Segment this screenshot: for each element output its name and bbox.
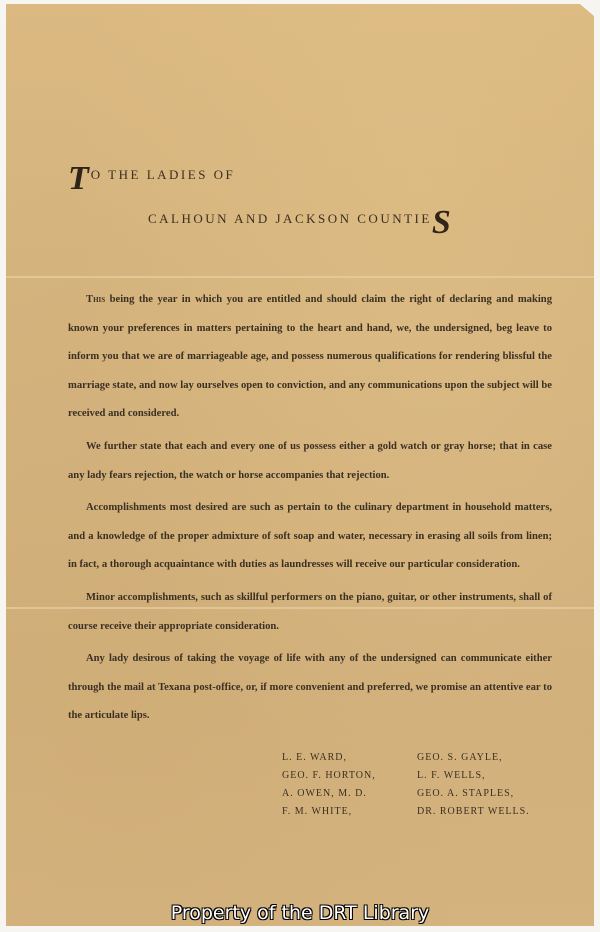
signature: DR. ROBERT WELLS. [417, 804, 557, 819]
paragraph-lead: This [86, 294, 105, 305]
letter-body: This being the year in which you are ent… [68, 286, 552, 735]
paragraph: Accomplishments most desired are such as… [68, 494, 552, 580]
signature: L. F. WELLS, [417, 768, 557, 783]
signature: L. E. WARD, [282, 750, 417, 765]
heading-text-2: CALHOUN AND JACKSON COUNTIE [148, 211, 432, 226]
signature: GEO. F. HORTON, [282, 768, 417, 783]
heading-text-1: O THE LADIES OF [91, 167, 236, 182]
signature: F. M. WHITE, [282, 804, 417, 819]
paragraph: We further state that each and every one… [68, 433, 552, 490]
signature: GEO. A. STAPLES, [417, 786, 557, 801]
ornate-initial: T [68, 160, 89, 197]
ornate-final-letter: S [432, 204, 451, 241]
heading-line-2: CALHOUN AND JACKSON COUNTIES [148, 204, 451, 242]
paragraph: This being the year in which you are ent… [68, 286, 552, 429]
library-watermark: Property of the DRT Library [0, 902, 600, 924]
fold-line [6, 276, 594, 278]
signature: GEO. S. GAYLE, [417, 750, 557, 765]
signature-block: L. E. WARD, GEO. S. GAYLE, GEO. F. HORTO… [282, 750, 557, 819]
signature: A. OWEN, M. D. [282, 786, 417, 801]
paragraph: Minor accomplishments, such as skillful … [68, 584, 552, 641]
paragraph: Any lady desirous of taking the voyage o… [68, 645, 552, 731]
document-paper: TO THE LADIES OF CALHOUN AND JACKSON COU… [6, 4, 594, 926]
heading-line-1: TO THE LADIES OF [68, 160, 235, 198]
